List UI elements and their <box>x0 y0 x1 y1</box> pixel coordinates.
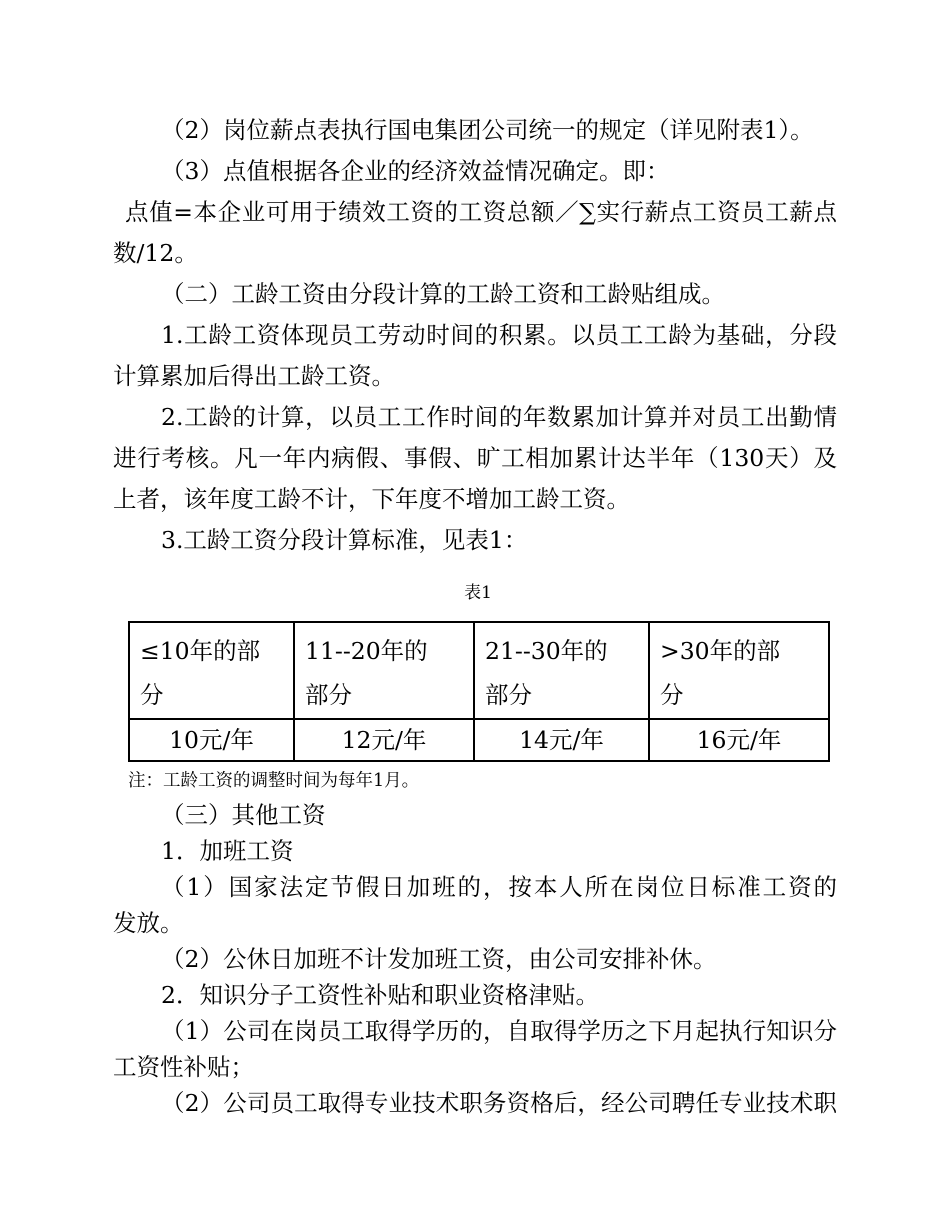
paragraph-line: 3.工龄工资分段计算标准，见表1： <box>113 520 837 561</box>
paragraph-line: （二）工龄工资由分段计算的工龄工资和工龄贴组成。 <box>113 274 837 315</box>
paragraph-line: （2）公休日加班不计发加班工资，由公司安排补休。 <box>113 941 837 977</box>
header-cell-line: 21--30年的 <box>485 629 638 673</box>
header-cell-line: ≤10年的部 <box>140 629 283 673</box>
header-cell-line: 部分 <box>485 673 638 717</box>
table-data-cell: 12元/年 <box>294 719 474 761</box>
paragraph-line: （1）公司在岗员工取得学历的，自取得学历之下月起执行知识分子 <box>113 1013 837 1049</box>
paragraph-line: 进行考核。凡一年内病假、事假、旷工相加累计达半年（130天）及以 <box>113 438 837 479</box>
paragraph-line: 发放。 <box>113 905 837 941</box>
paragraph-line: 工资性补贴； <box>113 1049 837 1085</box>
table-header-cell: 11--20年的 部分 <box>294 622 474 719</box>
paragraph-line: （2）岗位薪点表执行国电集团公司统一的规定（详见附表1）。 <box>113 110 837 151</box>
paragraph-line: （2）公司员工取得专业技术职务资格后，经公司聘任专业技术职务 <box>113 1085 837 1121</box>
document-page: （2）岗位薪点表执行国电集团公司统一的规定（详见附表1）。 （3）点值根据各企业… <box>113 0 837 1121</box>
table-note: 注：工龄工资的调整时间为每年1月。 <box>128 770 837 792</box>
table-data-cell: 10元/年 <box>129 719 294 761</box>
paragraph-line: 2.工龄的计算，以员工工作时间的年数累加计算并对员工出勤情况 <box>113 397 837 438</box>
paragraph-line: 1.工龄工资体现员工劳动时间的积累。以员工工龄为基础，分段 <box>113 315 837 356</box>
text-block-below-table: （三）其他工资 1．加班工资 （1）国家法定节假日加班的，按本人所在岗位日标准工… <box>113 797 837 1121</box>
table-header-cell: ≤10年的部 分 <box>129 622 294 719</box>
paragraph-line: 上者，该年度工龄不计，下年度不增加工龄工资。 <box>113 479 837 520</box>
text-block-above-table: （2）岗位薪点表执行国电集团公司统一的规定（详见附表1）。 （3）点值根据各企业… <box>113 110 837 561</box>
header-cell-line: >30年的部 <box>660 629 818 673</box>
formula-line: 点值=本企业可用于绩效工资的工资总额／∑实行薪点工资员工薪点 <box>113 192 837 233</box>
header-cell-line: 部分 <box>305 673 463 717</box>
table-data-row: 10元/年 12元/年 14元/年 16元/年 <box>129 719 829 761</box>
paragraph-line: 计算累加后得出工龄工资。 <box>113 356 837 397</box>
paragraph-line: （3）点值根据各企业的经济效益情况确定。即： <box>113 151 837 192</box>
paragraph-line: 1．加班工资 <box>113 833 837 869</box>
header-cell-line: 分 <box>140 673 283 717</box>
table-data-cell: 16元/年 <box>649 719 829 761</box>
table-header-row: ≤10年的部 分 11--20年的 部分 21--30年的 部分 >30年的部 … <box>129 622 829 719</box>
paragraph-line: 2．知识分子工资性补贴和职业资格津贴。 <box>113 977 837 1013</box>
paragraph-line: （三）其他工资 <box>113 797 837 833</box>
paragraph-line: （1）国家法定节假日加班的，按本人所在岗位日标准工资的300% <box>113 869 837 905</box>
table-data-cell: 14元/年 <box>474 719 649 761</box>
header-cell-line: 11--20年的 <box>305 629 463 673</box>
header-cell-line: 分 <box>660 673 818 717</box>
seniority-wage-table: ≤10年的部 分 11--20年的 部分 21--30年的 部分 >30年的部 … <box>128 621 830 762</box>
table-header-cell: 21--30年的 部分 <box>474 622 649 719</box>
paragraph-line: 数/12。 <box>113 233 837 274</box>
table-header-cell: >30年的部 分 <box>649 622 829 719</box>
table-caption: 表1 <box>128 581 828 605</box>
